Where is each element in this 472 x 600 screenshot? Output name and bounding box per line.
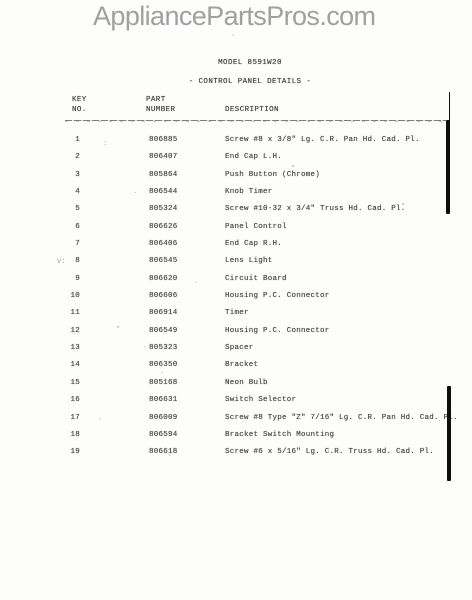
table-row: 16806631Switch Selector: [0, 395, 472, 412]
table-row: 9806620Circuit Board: [0, 274, 472, 291]
row-description: Neon Bulb: [225, 379, 268, 388]
scan-speck: *: [116, 327, 120, 334]
row-key-no: 5: [56, 205, 80, 214]
table-row: 3805864Push Button (Chrome): [0, 170, 472, 187]
row-part-number: 806406: [149, 240, 178, 249]
row-description: Screw #8 x 3/8" Lg. C.R. Pan Hd. Cad. Pl…: [225, 136, 420, 145]
table-row: 15805168Neon Bulb: [0, 378, 472, 395]
row-description: Timer: [225, 309, 249, 318]
scan-speck: v:: [57, 259, 65, 266]
scan-speck: ·: [143, 345, 147, 352]
scan-speck: ·: [167, 453, 171, 460]
table-row: 19806618Screw #6 x 5/16" Lg. C.R. Truss …: [0, 447, 472, 464]
row-key-no: 2: [56, 153, 80, 162]
table-row: 4806544Knob Timer: [0, 187, 472, 204]
header-rule-line: [65, 120, 446, 122]
scan-edge-artifact: [449, 92, 450, 122]
scan-speck: *: [291, 166, 295, 173]
row-description: Housing P.C. Connector: [225, 327, 330, 336]
section-title: - CONTROL PANEL DETAILS -: [130, 78, 370, 87]
row-part-number: 806885: [149, 136, 178, 145]
row-key-no: 19: [56, 448, 80, 457]
table-row: 18806594Bracket Switch Mounting: [0, 430, 472, 447]
row-key-no: 15: [56, 379, 80, 388]
scan-speck: *: [401, 204, 405, 211]
row-description: Screw #10-32 x 3/4" Truss Hd. Cad. Pl.: [225, 205, 406, 214]
row-part-number: 805864: [149, 171, 178, 180]
row-description: Circuit Board: [225, 275, 287, 284]
row-part-number: 806626: [149, 223, 178, 232]
row-part-number: 806544: [149, 188, 178, 197]
table-row: 12806549Housing P.C. Connector: [0, 326, 472, 343]
scan-speck: ·: [194, 280, 198, 287]
row-description: Switch Selector: [225, 396, 296, 405]
table-row: 10806606Housing P.C. Connector: [0, 291, 472, 308]
row-description: Screw #6 x 5/16" Lg. C.R. Truss Hd. Cad.…: [225, 448, 434, 457]
row-key-no: 6: [56, 223, 80, 232]
row-part-number: 806631: [149, 396, 178, 405]
row-part-number: 806549: [149, 327, 178, 336]
row-part-number: 806545: [149, 257, 178, 266]
row-key-no: 16: [56, 396, 80, 405]
scanned-parts-document: AppliancePartsPros.com MODEL 8591W20 - C…: [0, 0, 472, 600]
row-part-number: 805168: [149, 379, 178, 388]
row-key-no: 4: [56, 188, 80, 197]
row-description: Bracket Switch Mounting: [225, 431, 334, 440]
watermark-logo: AppliancePartsPros.com: [93, 1, 375, 32]
row-part-number: 806914: [149, 309, 178, 318]
scan-speck: .: [160, 369, 164, 376]
scan-speck: :: [103, 141, 107, 148]
table-row: 13805323Spacer: [0, 343, 472, 360]
row-description: Bracket: [225, 361, 258, 370]
scan-speck: .: [437, 417, 441, 424]
row-key-no: 10: [56, 292, 80, 301]
row-description: End Cap R.H.: [225, 240, 282, 249]
table-row: 7806406End Cap R.H.: [0, 239, 472, 256]
column-header-key-no: KEY NO.: [72, 95, 87, 115]
row-key-no: 14: [56, 361, 80, 370]
column-header-description: DESCRIPTION: [225, 105, 279, 115]
row-key-no: 11: [56, 309, 80, 318]
table-row: 2806407End Cap L.H.: [0, 152, 472, 169]
row-description: Push Button (Chrome): [225, 171, 320, 180]
row-key-no: 12: [56, 327, 80, 336]
row-key-no: 7: [56, 240, 80, 249]
row-description: Housing P.C. Connector: [225, 292, 330, 301]
row-part-number: 806606: [149, 292, 178, 301]
table-row: 8806545Lens Light: [0, 256, 472, 273]
scan-speck: .: [133, 189, 137, 196]
row-description: Knob Timer: [225, 188, 273, 197]
row-part-number: 805323: [149, 344, 178, 353]
table-row: 6806626Panel Control: [0, 222, 472, 239]
row-key-no: 17: [56, 414, 80, 423]
row-description: End Cap L.H.: [225, 153, 282, 162]
row-part-number: 806009: [149, 414, 178, 423]
row-key-no: 9: [56, 275, 80, 284]
table-rows: 1806885Screw #8 x 3/8" Lg. C.R. Pan Hd. …: [0, 135, 472, 465]
row-part-number: 806594: [149, 431, 178, 440]
row-description: Lens Light: [225, 257, 273, 266]
column-header-part-number: PART NUMBER: [146, 95, 175, 115]
table-row: 11806914Timer: [0, 308, 472, 325]
row-part-number: 805324: [149, 205, 178, 214]
scan-speck: .: [98, 416, 102, 423]
scan-edge-artifact: [446, 120, 450, 214]
row-key-no: 3: [56, 171, 80, 180]
row-key-no: 1: [56, 136, 80, 145]
row-part-number: 806407: [149, 153, 178, 162]
scan-speck: ': [231, 35, 235, 42]
row-description: Spacer: [225, 344, 254, 353]
table-row: 1806885Screw #8 x 3/8" Lg. C.R. Pan Hd. …: [0, 135, 472, 152]
row-description: Panel Control: [225, 223, 287, 232]
model-title: MODEL 8591W20: [130, 59, 370, 68]
table-row: 17806009Screw #8 Type "Z" 7/16" Lg. C.R.…: [0, 413, 472, 430]
row-key-no: 13: [56, 344, 80, 353]
scan-edge-artifact: [447, 386, 451, 481]
row-description: Screw #8 Type "Z" 7/16" Lg. C.R. Pan Hd.…: [225, 414, 458, 423]
row-key-no: 18: [56, 431, 80, 440]
table-row: 14806350Bracket: [0, 360, 472, 377]
row-part-number: 806618: [149, 448, 178, 457]
row-part-number: 806620: [149, 275, 178, 284]
